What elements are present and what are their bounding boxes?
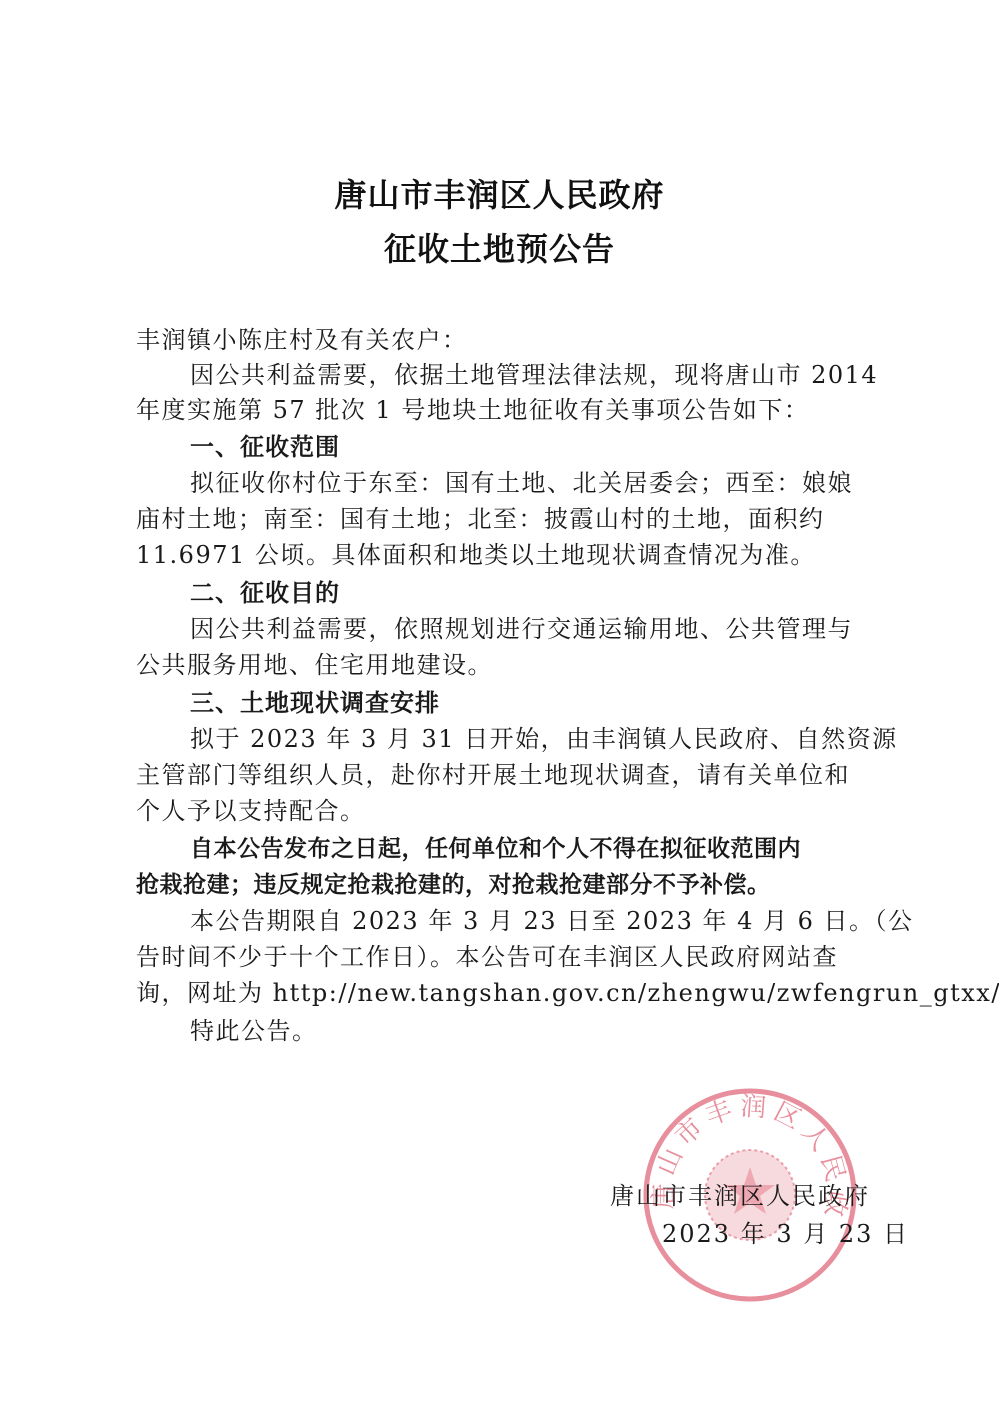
section-heading-purpose: 二、征收目的 — [190, 578, 876, 608]
addressee: 丰润镇小陈庄村及有关农户： — [136, 325, 876, 355]
survey-line-2: 主管部门等组织人员，赴你村开展土地现状调查，请有关单位和 — [136, 760, 876, 790]
warning-line-2: 抢栽抢建；违反规定抢栽抢建的，对抢栽抢建部分不予补偿。 — [136, 870, 876, 900]
document-page: 唐山市丰润区人民政府 征收土地预公告 丰润镇小陈庄村及有关农户： 因公共利益需要… — [0, 0, 999, 1414]
closing: 特此公告。 — [190, 1016, 876, 1046]
warning-line-1: 自本公告发布之日起，任何单位和个人不得在拟征收范围内 — [190, 834, 876, 864]
scope-line-2: 庙村土地；南至：国有土地；北至：披霞山村的土地，面积约 — [136, 504, 876, 534]
title-line-2: 征收土地预公告 — [0, 224, 999, 270]
period-line-1: 本公告期限自 2023 年 3 月 23 日至 2023 年 4 月 6 日。（… — [190, 906, 876, 936]
period-line-2: 告时间不少于十个工作日）。本公告可在丰润区人民政府网站查 — [136, 942, 876, 972]
scope-line-3: 11.6971 公顷。具体面积和地类以土地现状调查情况为准。 — [136, 540, 876, 570]
section-heading-survey: 三、土地现状调查安排 — [190, 688, 876, 718]
signature-date: 2023 年 3 月 23 日 — [662, 1214, 909, 1249]
survey-line-3: 个人予以支持配合。 — [136, 796, 876, 826]
intro-line-2: 年度实施第 57 批次 1 号地块土地征收有关事项公告如下： — [136, 395, 876, 425]
intro-line-1: 因公共利益需要，依据土地管理法律法规，现将唐山市 2014 — [190, 360, 876, 390]
scope-line-1: 拟征收你村位于东至：国有土地、北关居委会；西至：娘娘 — [190, 468, 876, 498]
purpose-line-2: 公共服务用地、住宅用地建设。 — [136, 650, 876, 680]
title-line-1: 唐山市丰润区人民政府 — [0, 170, 999, 216]
section-heading-scope: 一、征收范围 — [190, 432, 876, 462]
period-line-3: 询，网址为 http://new.tangshan.gov.cn/zhengwu… — [136, 978, 876, 1008]
purpose-line-1: 因公共利益需要，依照规划进行交通运输用地、公共管理与 — [190, 614, 876, 644]
signature-org: 唐山市丰润区人民政府 — [610, 1176, 870, 1211]
survey-line-1: 拟于 2023 年 3 月 31 日开始，由丰润镇人民政府、自然资源 — [190, 724, 876, 754]
